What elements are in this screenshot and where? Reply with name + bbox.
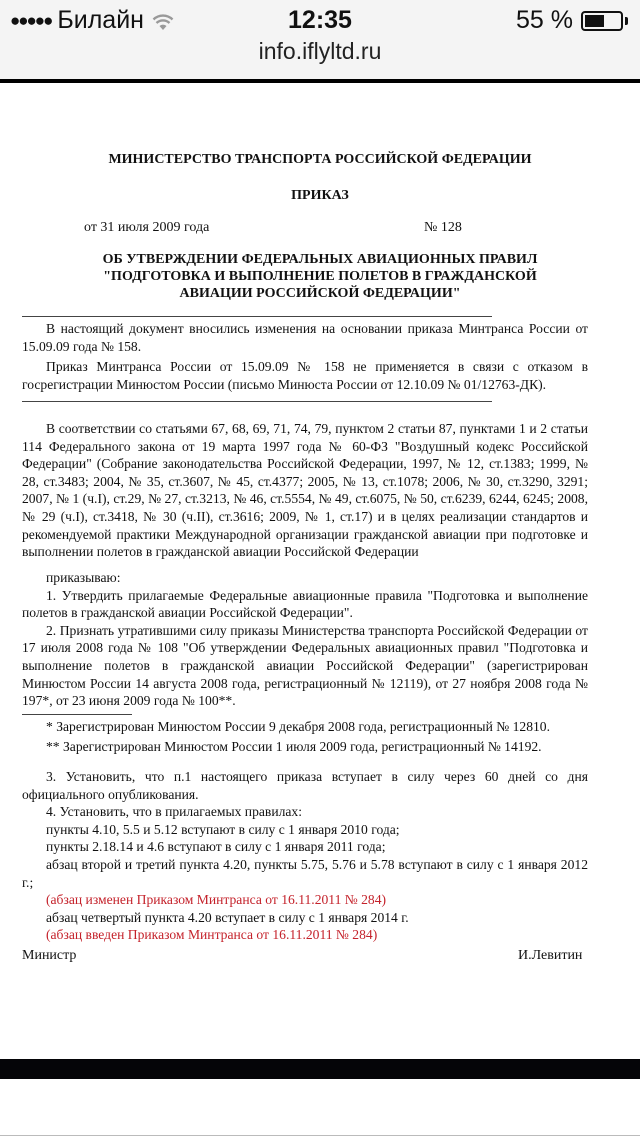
order-items: приказываю: 1. Утвердить прилагаемые Фед…: [22, 569, 588, 710]
doc-type-heading: ПРИКАЗ: [0, 187, 640, 205]
divider: [22, 316, 492, 317]
footnote: ** Зарегистрирован Минюстом России 1 июл…: [22, 738, 588, 756]
signer-name: И.Левитин: [518, 947, 582, 965]
amendment-note-link[interactable]: (абзац введен Приказом Минтранса от 16.1…: [22, 926, 588, 944]
preamble-text: В соответствии со статьями 67, 68, 69, 7…: [22, 420, 588, 561]
ministry-heading: МИНИСТЕРСТВО ТРАНСПОРТА РОССИЙСКОЙ ФЕДЕР…: [0, 151, 640, 169]
order-item-4-a: пункты 4.10, 5.5 и 5.12 вступают в силу …: [22, 821, 588, 839]
order-title-line: ОБ УТВЕРЖДЕНИИ ФЕДЕРАЛЬНЫХ АВИАЦИОННЫХ П…: [0, 251, 640, 268]
order-title-line: АВИАЦИИ РОССИЙСКОЙ ФЕДЕРАЦИИ": [0, 285, 640, 302]
page-bottom-bar: [0, 1059, 640, 1079]
battery-icon: [581, 11, 623, 31]
order-title-line: "ПОДГОТОВКА И ВЫПОЛНЕНИЕ ПОЛЕТОВ В ГРАЖД…: [0, 268, 640, 285]
footnote-divider: [22, 714, 132, 715]
battery-percent: 55 %: [516, 6, 573, 35]
signer-title: Министр: [22, 947, 76, 965]
amendment-notes: В настоящий документ вносились изменения…: [22, 320, 588, 393]
battery-tip: [625, 17, 628, 25]
order-item-3: 3. Установить, что п.1 настоящего приказ…: [22, 768, 588, 803]
order-item-4-c: абзац второй и третий пункта 4.20, пункт…: [22, 856, 588, 891]
status-bar: ●●●●● Билайн 12:35 55 %: [0, 0, 640, 40]
chrome-divider: [0, 79, 640, 83]
url-bar[interactable]: info.iflyltd.ru: [0, 38, 640, 65]
amendment-note: В настоящий документ вносились изменения…: [22, 320, 588, 355]
status-right: 55 %: [516, 6, 628, 35]
order-item-4-d: абзац четвертый пункта 4.20 вступает в с…: [22, 909, 588, 927]
order-item-4: 4. Установить, что в прилагаемых правила…: [22, 803, 588, 821]
order-items-continued: 3. Установить, что п.1 настоящего приказ…: [22, 768, 588, 944]
battery-fill: [585, 15, 604, 27]
order-title: ОБ УТВЕРЖДЕНИИ ФЕДЕРАЛЬНЫХ АВИАЦИОННЫХ П…: [0, 251, 640, 302]
preamble: В соответствии со статьями 67, 68, 69, 7…: [22, 420, 588, 561]
amendment-note: Приказ Минтранса России от 15.09.09 № 15…: [22, 358, 588, 393]
order-item-2: 2. Признать утратившими силу приказы Мин…: [22, 622, 588, 710]
divider: [22, 401, 492, 402]
footnote: * Зарегистрирован Минюстом России 9 дека…: [22, 718, 588, 736]
order-number: № 128: [424, 219, 462, 237]
order-word: приказываю:: [22, 569, 588, 587]
order-item-4-b: пункты 2.18.14 и 4.6 вступают в силу с 1…: [22, 838, 588, 856]
amendment-note-link[interactable]: (абзац изменен Приказом Минтранса от 16.…: [22, 891, 588, 909]
order-item-1: 1. Утвердить прилагаемые Федеральные ави…: [22, 587, 588, 622]
order-date: от 31 июля 2009 года: [84, 219, 209, 237]
browser-chrome: ●●●●● Билайн 12:35 55 % info.iflyltd.ru: [0, 0, 640, 80]
footnotes: * Зарегистрирован Минюстом России 9 дека…: [22, 718, 588, 755]
